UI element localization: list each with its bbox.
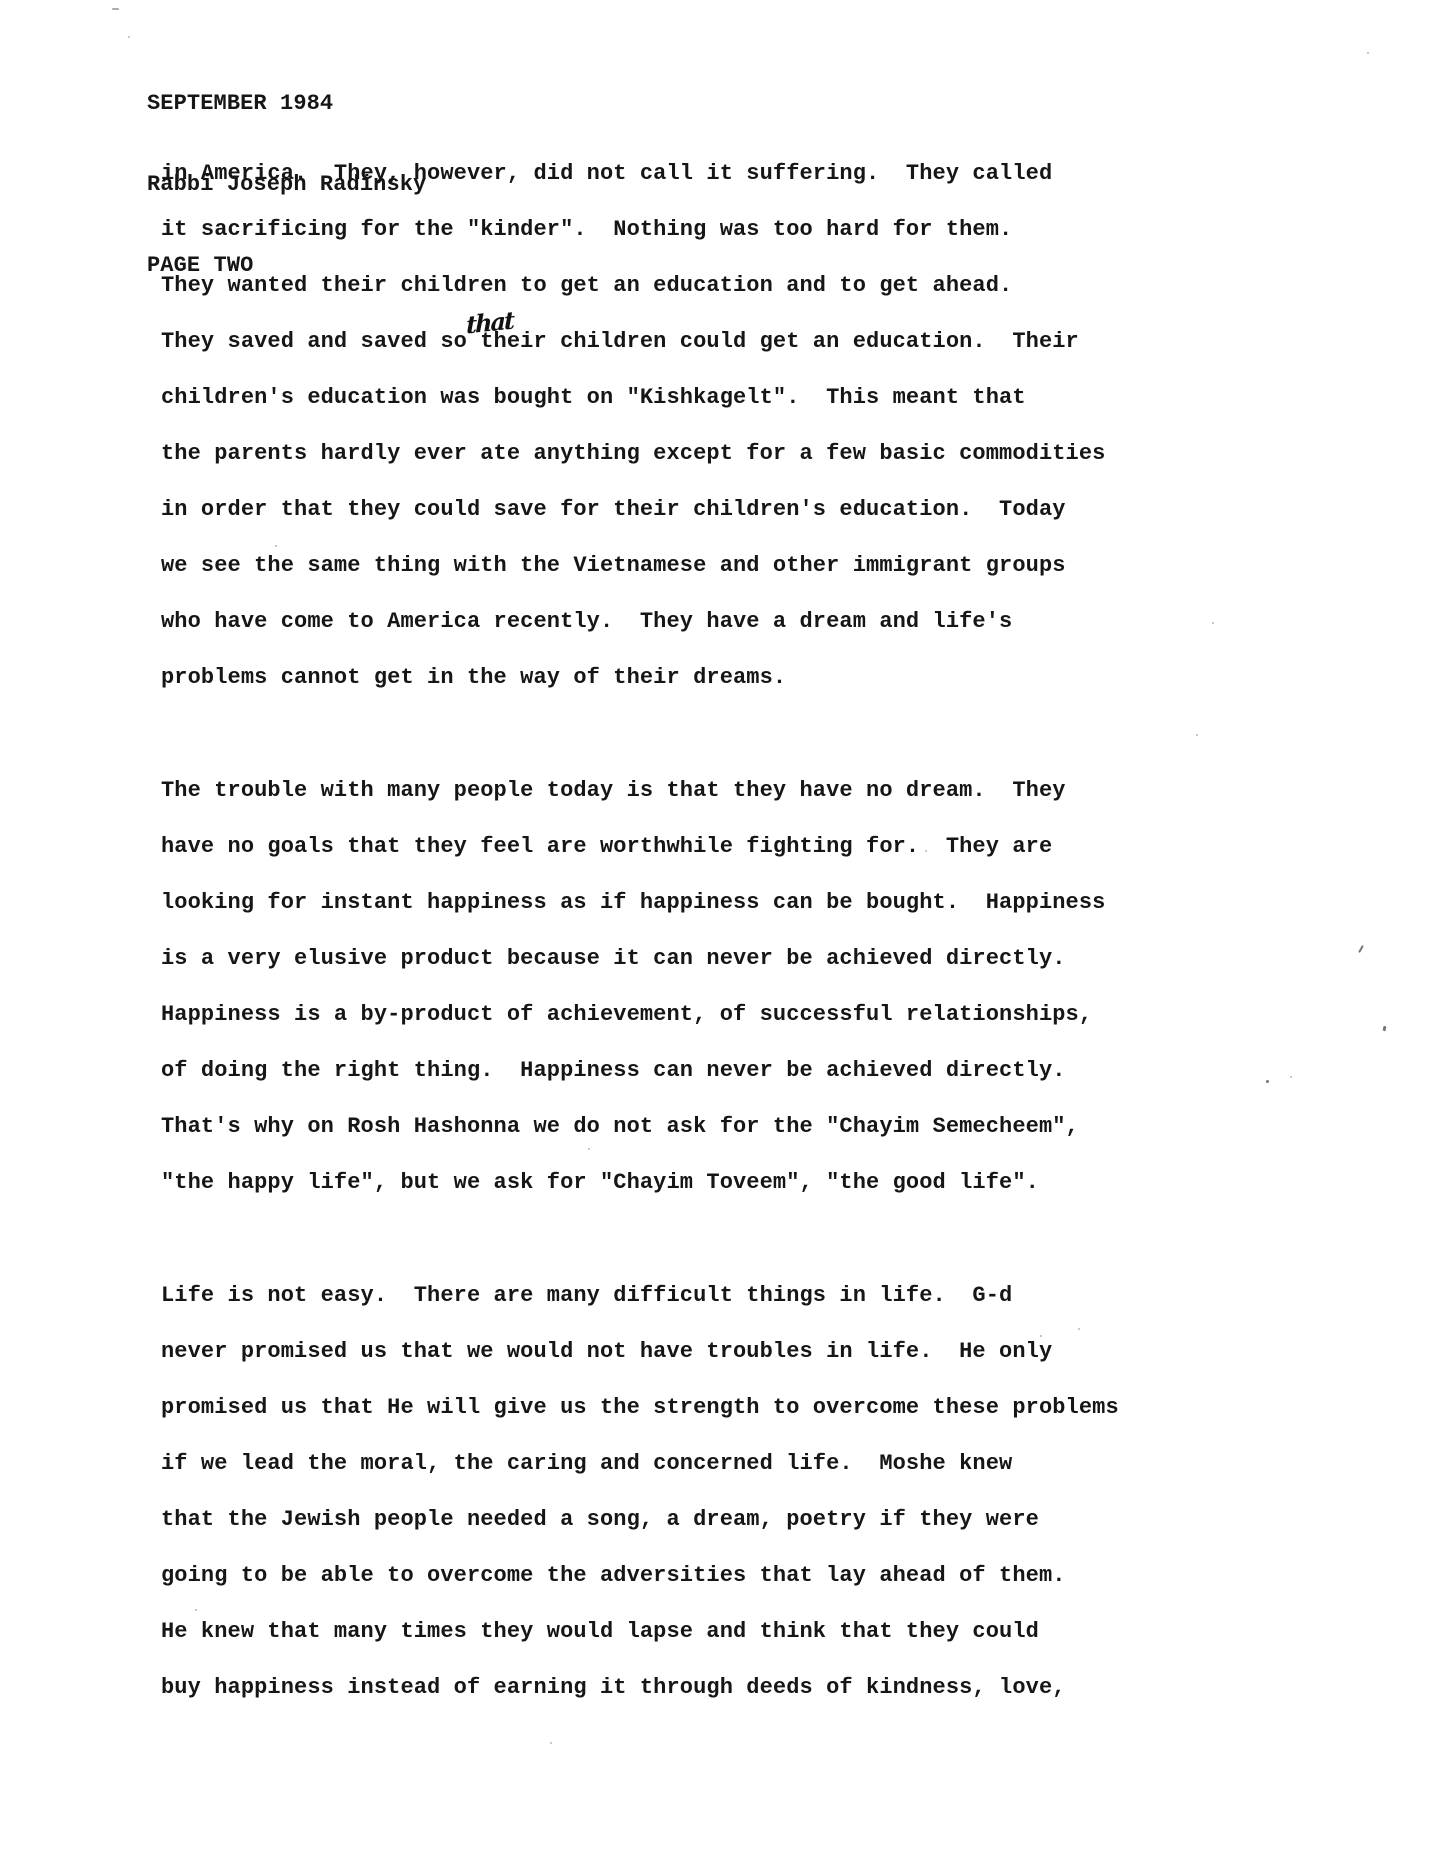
document-body: in America. They, however, did not call … bbox=[161, 146, 1119, 1716]
text-line: looking for instant happiness as if happ… bbox=[161, 875, 1119, 931]
scan-speck bbox=[275, 545, 277, 547]
scan-speck bbox=[128, 36, 130, 38]
handwritten-insertion-that: that bbox=[466, 305, 513, 339]
text-line: buy happiness instead of earning it thro… bbox=[161, 1660, 1119, 1716]
text-line: we see the same thing with the Vietnames… bbox=[161, 538, 1119, 594]
text-line: in order that they could save for their … bbox=[161, 482, 1119, 538]
paragraph-1: in America. They, however, did not call … bbox=[161, 146, 1119, 706]
paragraph-3: Life is not easy. There are many difficu… bbox=[161, 1268, 1119, 1716]
text-line: it sacrificing for the "kinder". Nothing… bbox=[161, 202, 1119, 258]
scan-speck bbox=[1358, 945, 1364, 953]
text-line: never promised us that we would not have… bbox=[161, 1324, 1119, 1380]
text-line: Happiness is a by-product of achievement… bbox=[161, 987, 1119, 1043]
scan-speck bbox=[550, 1742, 552, 1744]
scan-speck bbox=[1383, 1026, 1387, 1032]
text-line: have no goals that they feel are worthwh… bbox=[161, 819, 1119, 875]
text-line: going to be able to overcome the adversi… bbox=[161, 1548, 1119, 1604]
header-date-line: SEPTEMBER 1984 bbox=[147, 90, 426, 117]
scan-speck bbox=[1266, 1080, 1269, 1083]
text-line: if we lead the moral, the caring and con… bbox=[161, 1436, 1119, 1492]
scan-speck bbox=[1367, 52, 1369, 54]
text-line: of doing the right thing. Happiness can … bbox=[161, 1043, 1119, 1099]
text-line: Life is not easy. There are many difficu… bbox=[161, 1268, 1119, 1324]
text-line: who have come to America recently. They … bbox=[161, 594, 1119, 650]
scan-speck bbox=[1196, 734, 1198, 736]
scan-speck bbox=[588, 1148, 590, 1150]
text-line: the parents hardly ever ate anything exc… bbox=[161, 426, 1119, 482]
text-line: The trouble with many people today is th… bbox=[161, 763, 1119, 819]
text-line: "the happy life", but we ask for "Chayim… bbox=[161, 1155, 1119, 1211]
scan-speck bbox=[925, 850, 927, 852]
text-line: is a very elusive product because it can… bbox=[161, 931, 1119, 987]
text-line: promised us that He will give us the str… bbox=[161, 1380, 1119, 1436]
text-line: in America. They, however, did not call … bbox=[161, 146, 1119, 202]
text-line: that the Jewish people needed a song, a … bbox=[161, 1492, 1119, 1548]
text-line: They wanted their children to get an edu… bbox=[161, 258, 1119, 314]
text-line: problems cannot get in the way of their … bbox=[161, 650, 1119, 706]
scan-speck bbox=[1078, 1328, 1080, 1330]
scan-speck bbox=[112, 8, 119, 10]
scan-speck bbox=[1040, 1335, 1042, 1337]
text-line: They saved and saved so their children c… bbox=[161, 314, 1119, 370]
paragraph-2: The trouble with many people today is th… bbox=[161, 763, 1119, 1211]
text-line: children's education was bought on "Kish… bbox=[161, 370, 1119, 426]
text-line: He knew that many times they would lapse… bbox=[161, 1604, 1119, 1660]
text-line: That's why on Rosh Hashonna we do not as… bbox=[161, 1099, 1119, 1155]
scan-speck bbox=[1212, 622, 1214, 624]
scan-speck bbox=[195, 1609, 197, 1611]
document-page: SEPTEMBER 1984 Rabbi Joseph Radinsky PAG… bbox=[0, 0, 1430, 1851]
scan-speck bbox=[1290, 1076, 1292, 1078]
